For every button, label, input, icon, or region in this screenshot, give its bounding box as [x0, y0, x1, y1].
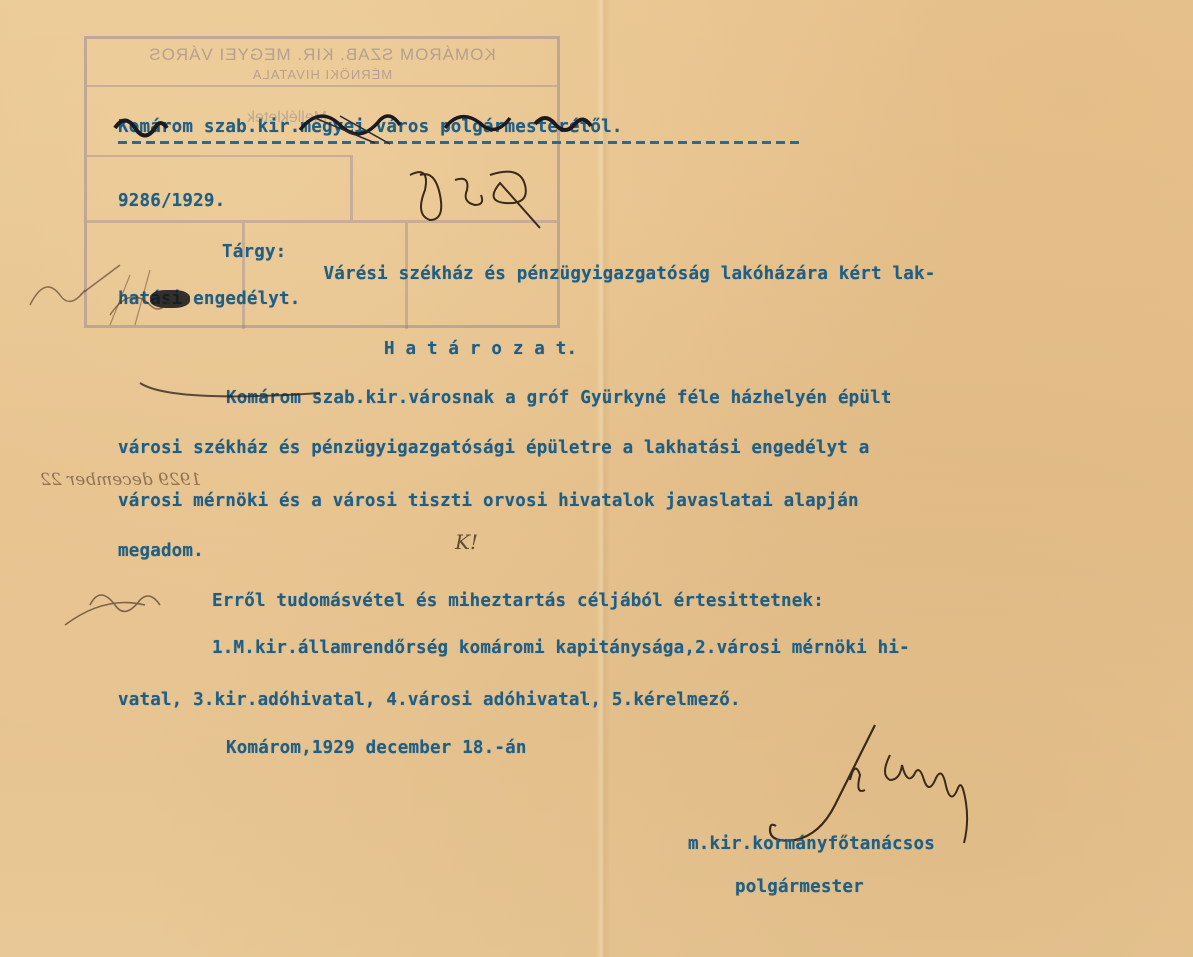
subject-line-1: Várési székház és pénzügyigazgatóság lak… [302, 241, 935, 285]
place-date: Komárom,1929 december 18.-án [226, 737, 527, 759]
decision-line-2: városi székház és pénzügyigazgatósági ép… [118, 437, 870, 459]
pencil-curve-icon [135, 375, 335, 415]
subject-text: Várési székház és pénzügyigazgatóság lak… [323, 264, 935, 284]
decision-line-4: megadom. [118, 540, 204, 562]
subject-label: Tárgy: [222, 241, 286, 263]
case-number: 9286/1929. [118, 190, 225, 212]
margin-annotation-icon [20, 255, 180, 335]
margin-scribble-icon [60, 575, 200, 635]
stamp-rule [87, 85, 557, 87]
stamp-line-1: KOMÁROM SZAB. KIR. MEGYEI VÁROS [87, 45, 557, 65]
stamp-rule [87, 155, 350, 157]
signer-title: m.kir.kormányfőtanácsos [688, 833, 935, 855]
stamp-text: KOMÁROM SZAB. KIR. MEGYEI VÁROS MÉRNÖKI … [87, 45, 557, 85]
handwritten-mirrored-date: 1929 december 22 [40, 470, 201, 490]
notification-intro: Erről tudomásvétel és miheztartás céljáb… [212, 590, 824, 612]
recipients-line-1: 1.M.kir.államrendőrség komáromi kapitány… [212, 637, 910, 659]
stamp-line-2: MÉRNÖKI HIVATALA [87, 65, 557, 85]
decision-title: H a t á r o z a t. [384, 338, 577, 360]
handwritten-number-icon [400, 160, 570, 240]
signer-role: polgármester [735, 876, 864, 898]
strikeout-scribble-icon [115, 108, 615, 148]
decision-line-3: városi mérnöki és a városi tiszti orvosi… [118, 490, 859, 512]
stamp-rule [242, 223, 245, 329]
margin-mark: K! [455, 530, 478, 554]
recipients-line-2: vatal, 3.kir.adóhivatal, 4.városi adóhiv… [118, 689, 741, 711]
stamp-rule [350, 155, 353, 220]
